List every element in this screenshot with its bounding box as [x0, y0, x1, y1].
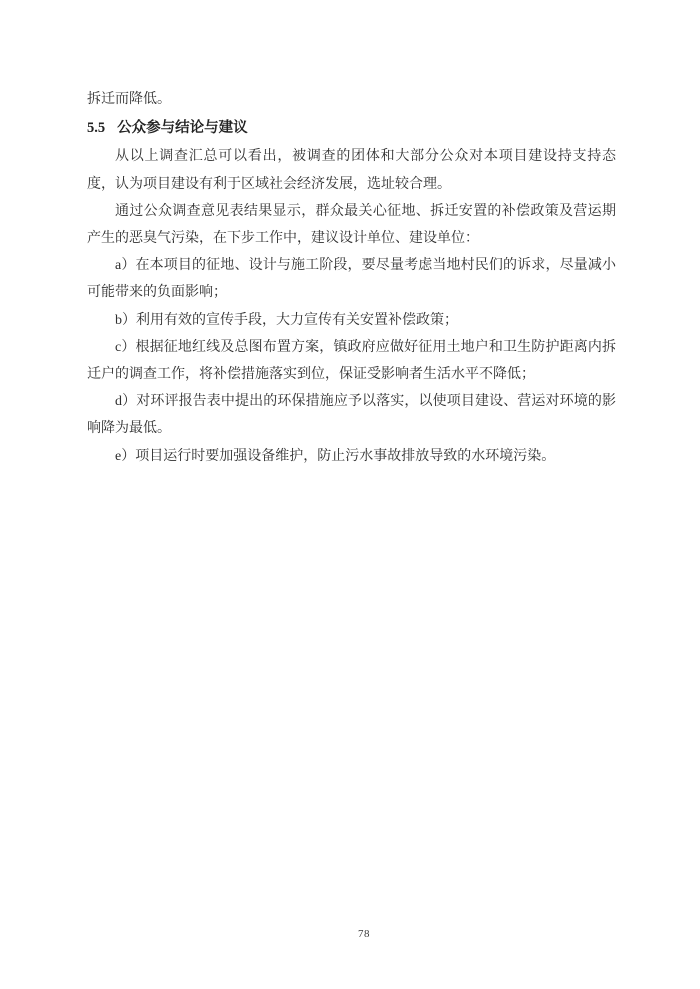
paragraph-continuation: 拆迁而降低。	[87, 86, 616, 113]
section-number: 5.5	[87, 120, 105, 136]
page-number: 78	[14, 928, 700, 940]
list-item-c: c）根据征地红线及总图布置方案，镇政府应做好征用土地户和卫生防护距离内拆迁户的调…	[87, 334, 616, 388]
paragraph-survey-summary: 从以上调查汇总可以看出，被调查的团体和大部分公众对本项目建设持支持态度，认为项目…	[87, 143, 616, 197]
list-item-e: e）项目运行时要加强设备维护，防止污水事故排放导致的水环境污染。	[87, 443, 616, 470]
section-title: 公众参与结论与建议	[117, 120, 248, 136]
document-page: 拆迁而降低。 5.5公众参与结论与建议 从以上调查汇总可以看出，被调查的团体和大…	[0, 0, 700, 989]
section-heading: 5.5公众参与结论与建议	[87, 115, 616, 142]
paragraph-survey-results: 通过公众调查意见表结果显示，群众最关心征地、拆迁安置的补偿政策及营运期产生的恶臭…	[87, 198, 616, 252]
document-body: 拆迁而降低。 5.5公众参与结论与建议 从以上调查汇总可以看出，被调查的团体和大…	[87, 86, 616, 470]
list-item-d: d）对环评报告表中提出的环保措施应予以落实，以使项目建设、营运对环境的影响降为最…	[87, 388, 616, 442]
list-item-b: b）利用有效的宣传手段，大力宣传有关安置补偿政策；	[87, 307, 616, 334]
list-item-a: a）在本项目的征地、设计与施工阶段，要尽量考虑当地村民们的诉求，尽量减小可能带来…	[87, 252, 616, 306]
